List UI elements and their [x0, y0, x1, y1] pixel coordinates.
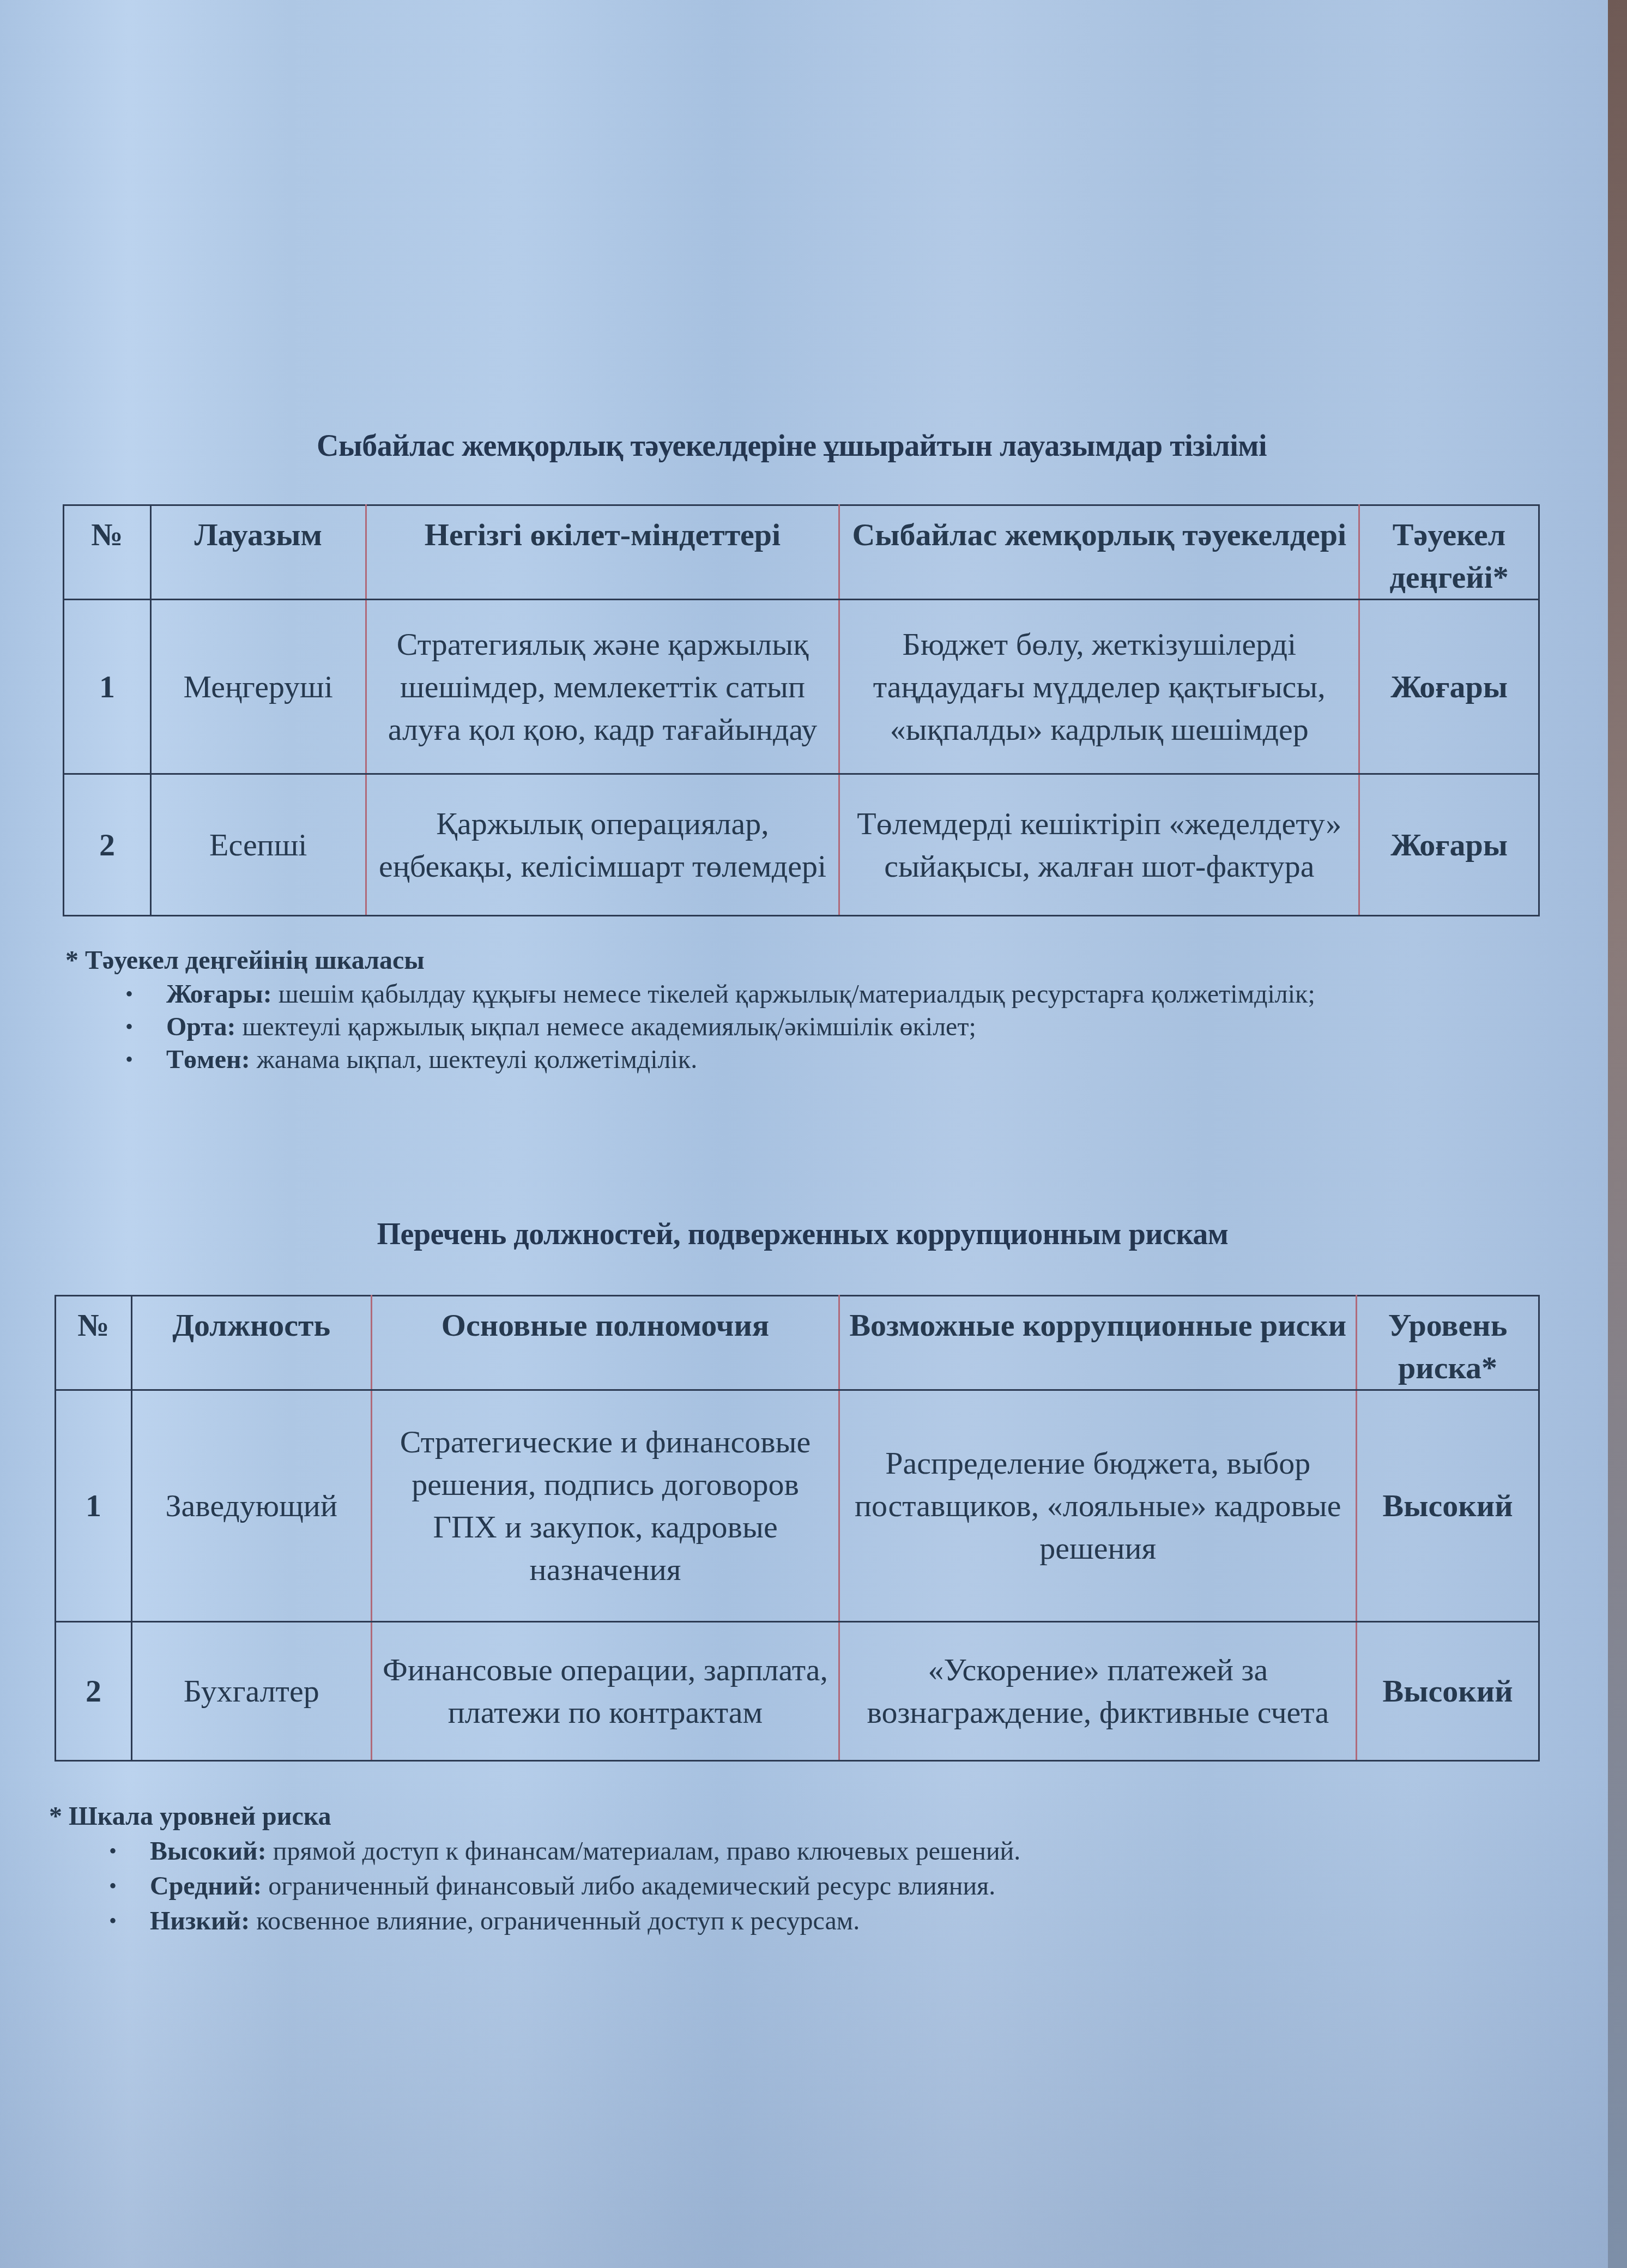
kz-legend-level: Орта: — [166, 1012, 236, 1041]
kz-row-number: 2 — [64, 774, 151, 916]
kz-risk-table: № Лауазым Негізгі өкілет-міндеттері Сыба… — [63, 504, 1540, 916]
list-item: •Төмен: жанама ықпал, шектеулі қолжетімд… — [125, 1043, 1483, 1076]
ru-row-risks: Распределение бюджета, выбор поставщиков… — [839, 1390, 1357, 1622]
kz-legend-text: шешім қабылдау құқығы немесе тікелей қар… — [272, 980, 1315, 1009]
ru-row-duties: Финансовые операции, зарплата, платежи п… — [371, 1622, 839, 1761]
list-item: •Средний: ограниченный финансовый либо а… — [109, 1869, 1466, 1904]
kz-row-position: Есепші — [150, 774, 366, 916]
ru-legend-text: прямой доступ к финансам/материалам, пра… — [267, 1837, 1021, 1866]
list-item: •Низкий: косвенное влияние, ограниченный… — [109, 1904, 1466, 1939]
bullet-icon: • — [125, 1043, 133, 1076]
ru-register-title: Перечень должностей, подверженных корруп… — [0, 1217, 1616, 1252]
list-item: •Жоғары: шешім қабылдау құқығы немесе ті… — [125, 978, 1483, 1011]
ru-header-position: Должность — [131, 1296, 371, 1390]
ru-row-number: 2 — [56, 1622, 132, 1761]
ru-row-position: Бухгалтер — [131, 1622, 371, 1761]
kz-row-position: Меңгеруші — [150, 600, 366, 774]
kz-row-risks: Төлемдерді кешіктіріп «жеделдету» сыйақы… — [839, 774, 1359, 916]
kz-row-duties: Қаржылық операциялар, еңбекақы, келісімш… — [366, 774, 839, 916]
ru-legend-title: * Шкала уровней риска — [49, 1799, 1466, 1834]
kz-table-header-row: № Лауазым Негізгі өкілет-міндеттері Сыба… — [64, 505, 1539, 600]
kz-legend-text: шектеулі қаржылық ықпал немесе академиял… — [236, 1012, 976, 1041]
ru-table-header-row: № Должность Основные полномочия Возможны… — [56, 1296, 1539, 1390]
kz-header-risks: Сыбайлас жемқорлық тәуекелдері — [839, 505, 1359, 600]
kz-legend-text: жанама ықпал, шектеулі қолжетімділік. — [250, 1045, 698, 1074]
kz-header-duties: Негізгі өкілет-міндеттері — [366, 505, 839, 600]
table-row: 2 Бухгалтер Финансовые операции, зарплат… — [56, 1622, 1539, 1761]
kz-row-duties: Стратегиялық және қаржылық шешімдер, мем… — [366, 600, 839, 774]
table-row: 2 Есепші Қаржылық операциялар, еңбекақы,… — [64, 774, 1539, 916]
ru-legend-level: Низкий: — [150, 1907, 250, 1935]
kz-row-risks: Бюджет бөлу, жеткізушілерді таңдаудағы м… — [839, 600, 1359, 774]
ru-legend-level: Высокий: — [150, 1837, 267, 1866]
list-item: •Высокий: прямой доступ к финансам/матер… — [109, 1834, 1466, 1869]
ru-row-level: Высокий — [1357, 1622, 1539, 1761]
kz-risk-scale-legend: * Тәуекел деңгейінің шкаласы •Жоғары: ше… — [65, 943, 1483, 1076]
kz-legend-level: Жоғары: — [166, 980, 272, 1009]
kz-row-number: 1 — [64, 600, 151, 774]
ru-header-risks: Возможные коррупционные риски — [839, 1296, 1357, 1390]
kz-legend-list: •Жоғары: шешім қабылдау құқығы немесе ті… — [125, 978, 1483, 1076]
ru-header-level: Уровень риска* — [1357, 1296, 1539, 1390]
bullet-icon: • — [109, 1904, 117, 1939]
ru-row-level: Высокий — [1357, 1390, 1539, 1622]
table-row: 1 Заведующий Стратегические и финансовые… — [56, 1390, 1539, 1622]
ru-row-duties: Стратегические и финансовые решения, под… — [371, 1390, 839, 1622]
ru-header-number: № — [56, 1296, 132, 1390]
list-item: •Орта: шектеулі қаржылық ықпал немесе ак… — [125, 1011, 1483, 1043]
ru-legend-list: •Высокий: прямой доступ к финансам/матер… — [109, 1834, 1466, 1939]
kz-header-position: Лауазым — [150, 505, 366, 600]
kz-register-title: Сыбайлас жемқорлық тәуекелдеріне ұшырайт… — [0, 429, 1605, 463]
ru-header-duties: Основные полномочия — [371, 1296, 839, 1390]
paper-edge-background — [1608, 0, 1627, 2268]
bullet-icon: • — [109, 1834, 117, 1869]
ru-row-number: 1 — [56, 1390, 132, 1622]
ru-legend-text: ограниченный финансовый либо академическ… — [262, 1872, 995, 1901]
kz-header-level: Тәуекел деңгейі* — [1359, 505, 1539, 600]
kz-row-level: Жоғары — [1359, 600, 1539, 774]
kz-row-level: Жоғары — [1359, 774, 1539, 916]
ru-legend-level: Средний: — [150, 1872, 262, 1901]
ru-row-position: Заведующий — [131, 1390, 371, 1622]
table-row: 1 Меңгеруші Стратегиялық және қаржылық ш… — [64, 600, 1539, 774]
ru-legend-text: косвенное влияние, ограниченный доступ к… — [250, 1907, 860, 1935]
ru-row-risks: «Ускорение» платежей за вознаграждение, … — [839, 1622, 1357, 1761]
kz-legend-title: * Тәуекел деңгейінің шкаласы — [65, 943, 1483, 978]
ru-risk-scale-legend: * Шкала уровней риска •Высокий: прямой д… — [49, 1799, 1466, 1939]
ru-risk-table: № Должность Основные полномочия Возможны… — [55, 1295, 1540, 1762]
kz-header-number: № — [64, 505, 151, 600]
kz-legend-level: Төмен: — [166, 1045, 250, 1074]
bullet-icon: • — [125, 1011, 133, 1043]
bullet-icon: • — [125, 978, 133, 1011]
bullet-icon: • — [109, 1869, 117, 1904]
